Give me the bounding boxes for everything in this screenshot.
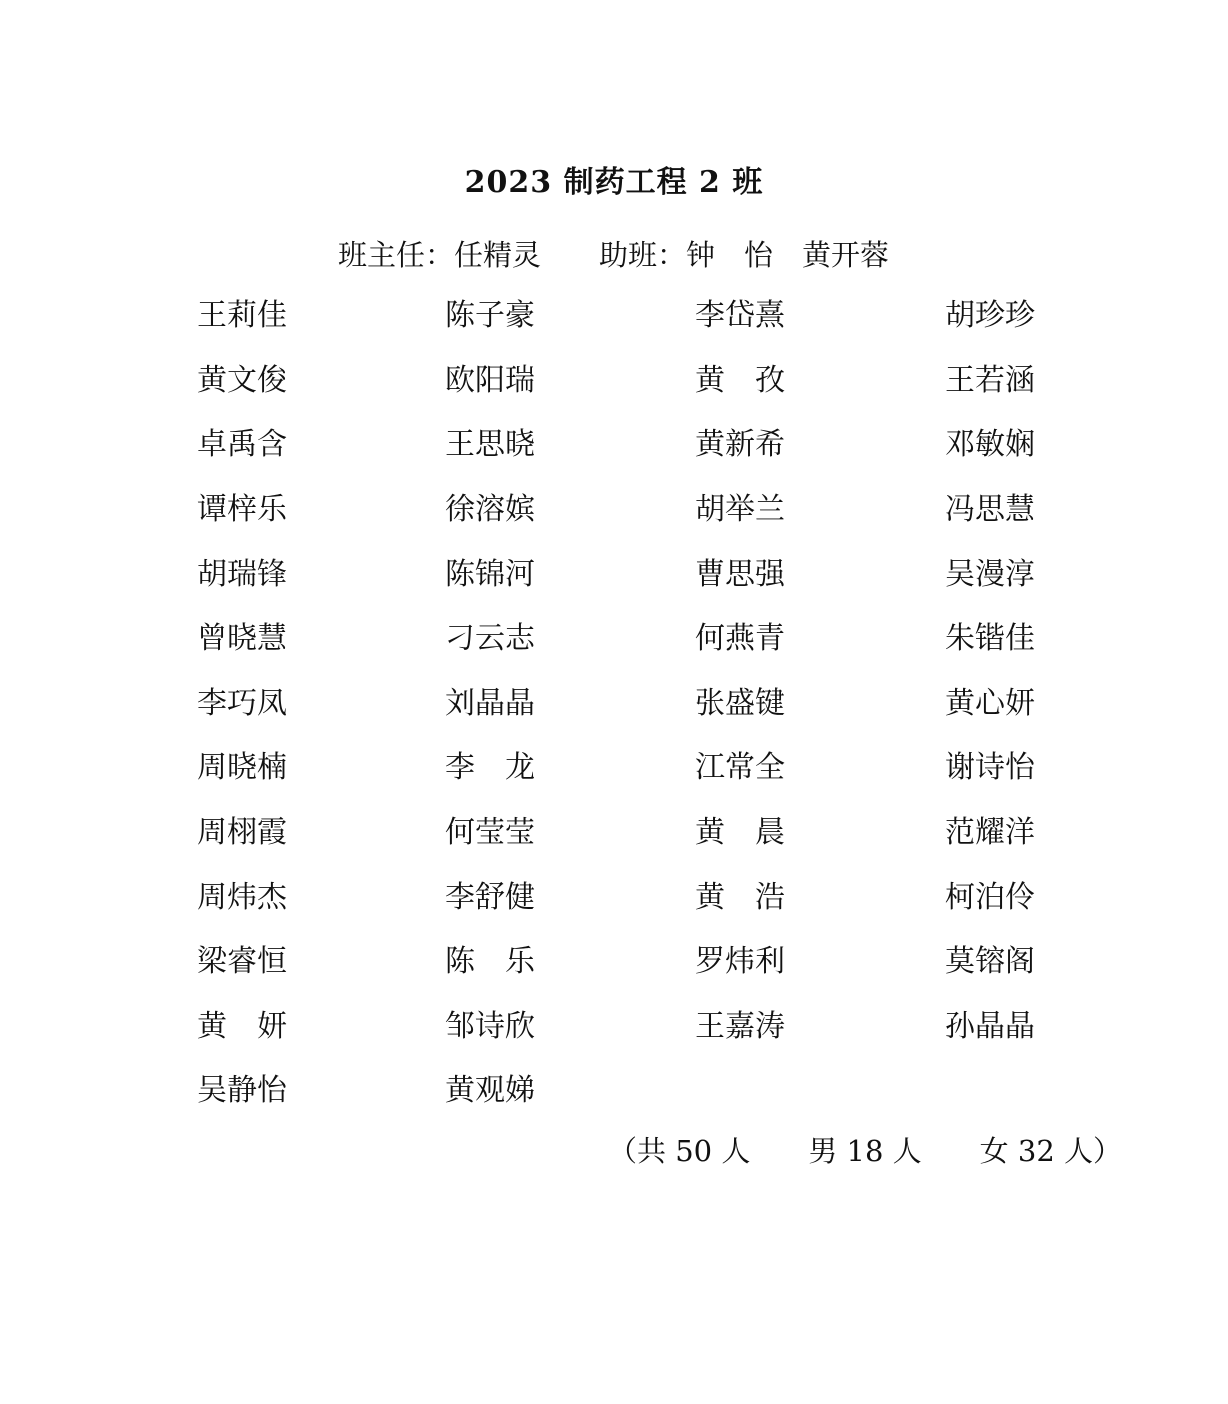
student-name: 邓敏娴 [945,409,1195,474]
teacher-line: 班主任：任精灵 助班：钟 怡 黄开蓉 [338,238,1228,272]
student-name: 周炜杰 [197,861,445,926]
student-name: 黄 孜 [695,345,945,410]
student-name: 李 龙 [445,732,695,797]
student-name: 王若涵 [945,345,1195,410]
student-name: 黄新希 [695,409,945,474]
student-name: 周栩霞 [197,797,445,862]
summary-line: （共 50 人 男 18 人 女 32 人） [608,1134,1228,1168]
student-name: 刁云志 [445,603,695,668]
student-name: 黄 晨 [695,797,945,862]
student-name: 卓禹含 [197,409,445,474]
student-name: 刘晶晶 [445,668,695,733]
student-name: 冯思慧 [945,474,1195,539]
student-roster: 王莉佳陈子豪李岱熹胡珍珍黄文俊欧阳瑞黄 孜王若涵卓禹含王思晓黄新希邓敏娴谭梓乐徐… [197,280,1195,1120]
student-name: 朱锴佳 [945,603,1195,668]
student-name: 黄观娣 [445,1055,695,1120]
student-name: 李舒健 [445,861,695,926]
student-name: 欧阳瑞 [445,345,695,410]
student-name: 黄 妍 [197,991,445,1056]
student-name: 罗炜利 [695,926,945,991]
student-name: 莫镕阁 [945,926,1195,991]
student-name: 胡瑞锋 [197,538,445,603]
student-name: 徐溶嫔 [445,474,695,539]
student-name: 黄 浩 [695,861,945,926]
student-name: 陈子豪 [445,280,695,345]
student-name: 胡举兰 [695,474,945,539]
student-name: 吴漫淳 [945,538,1195,603]
student-name: 谭梓乐 [197,474,445,539]
page-title: 2023 制药工程 2 班 [0,0,1228,202]
student-name: 黄心妍 [945,668,1195,733]
student-name: 李巧凤 [197,668,445,733]
student-name: 胡珍珍 [945,280,1195,345]
student-name: 陈 乐 [445,926,695,991]
student-name: 孙晶晶 [945,991,1195,1056]
class-teacher-text: 班主任：任精灵 [338,238,541,272]
student-name: 王嘉涛 [695,991,945,1056]
student-name: 谢诗怡 [945,732,1195,797]
student-name: 王思晓 [445,409,695,474]
student-name: 李岱熹 [695,280,945,345]
student-name: 何莹莹 [445,797,695,862]
student-name: 何燕青 [695,603,945,668]
student-name: 吴静怡 [197,1055,445,1120]
student-name: 柯泊伶 [945,861,1195,926]
student-name: 曾晓慧 [197,603,445,668]
student-name: 黄文俊 [197,345,445,410]
student-name: 邹诗欣 [445,991,695,1056]
student-name: 曹思强 [695,538,945,603]
student-name: 张盛键 [695,668,945,733]
student-name: 梁睿恒 [197,926,445,991]
student-name: 江常全 [695,732,945,797]
student-name: 陈锦河 [445,538,695,603]
student-name: 范耀洋 [945,797,1195,862]
assistant-teacher-text: 助班：钟 怡 黄开蓉 [599,238,889,272]
student-name: 周晓楠 [197,732,445,797]
student-name: 王莉佳 [197,280,445,345]
class-roster-page: 2023 制药工程 2 班 班主任：任精灵 助班：钟 怡 黄开蓉 王莉佳陈子豪李… [0,0,1228,1404]
